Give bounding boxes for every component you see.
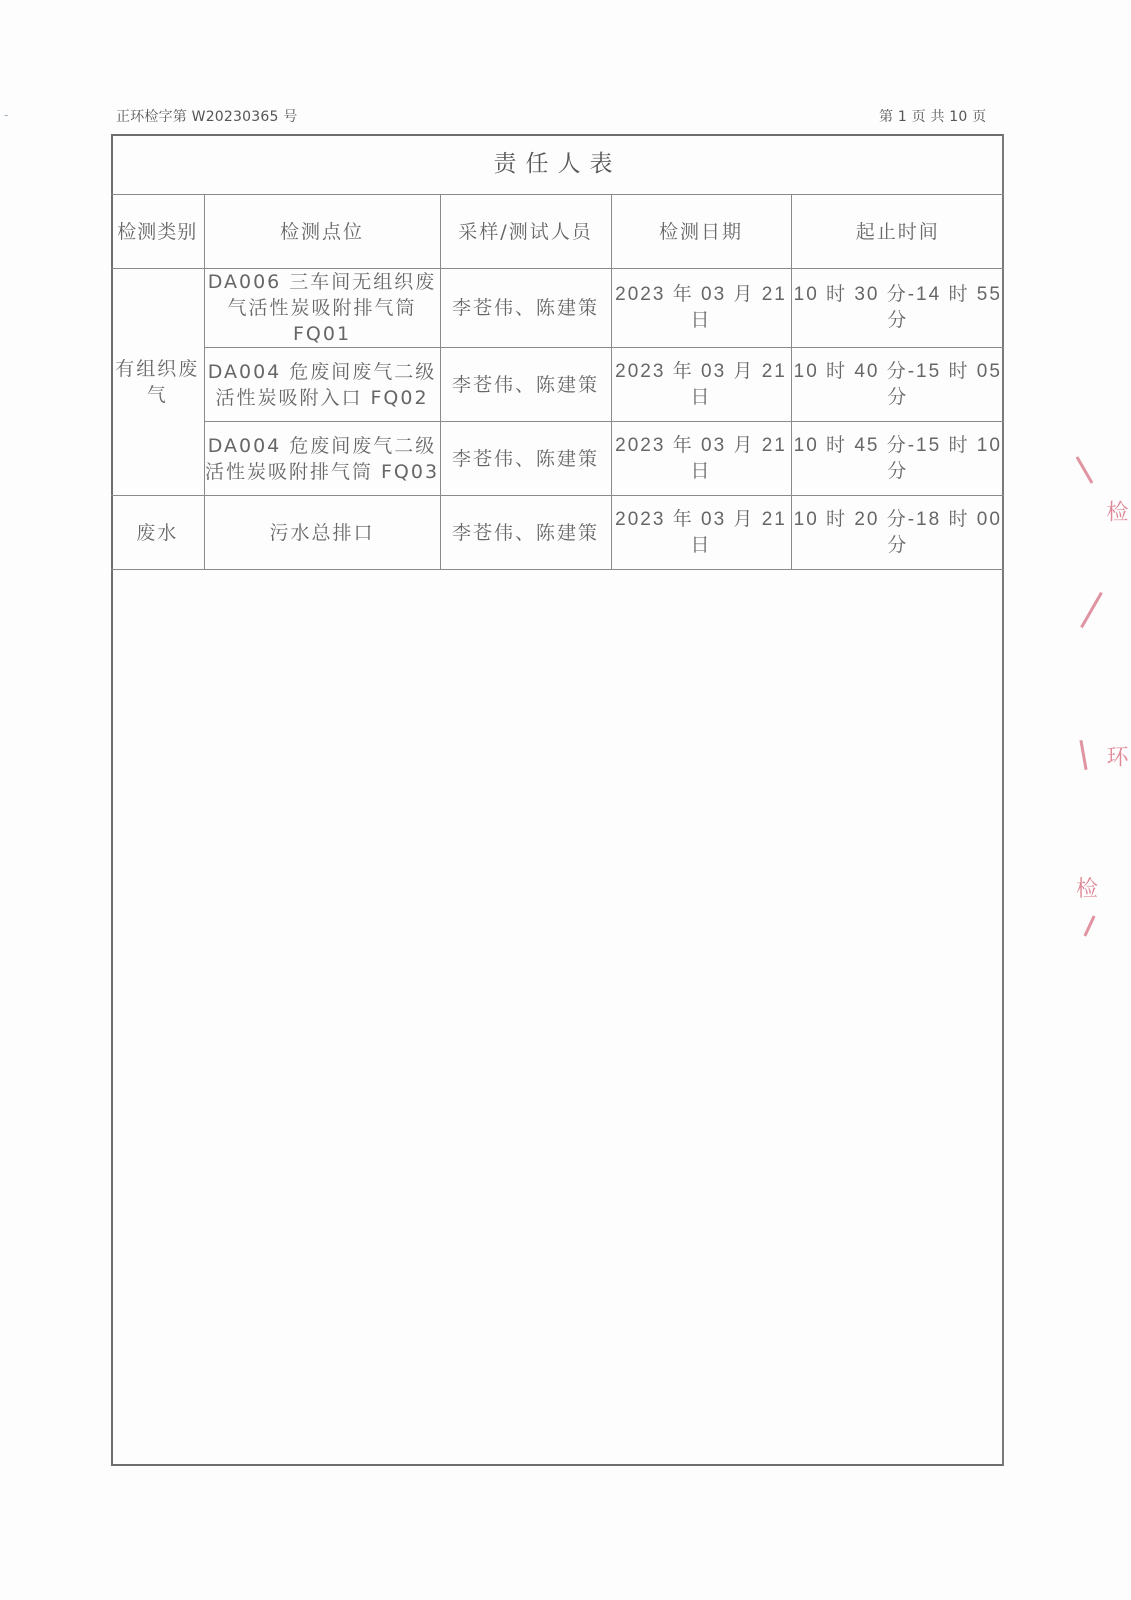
- seal-fragment: 检: [1092, 500, 1131, 522]
- column-header-staff: 采样/测试人员: [440, 195, 611, 269]
- table-title: 责任人表: [111, 134, 1004, 195]
- location-line: 活性炭吸附排气筒 FQ03: [205, 459, 440, 485]
- staff-cell: 李苍伟、陈建策: [440, 496, 611, 570]
- table-row: DA004 危废间废气二级 活性炭吸附入口 FQ02 李苍伟、陈建策 2023 …: [111, 348, 1004, 422]
- location-line: DA004 危废间废气二级: [205, 433, 440, 459]
- page-indicator: 第 1 页 共 10 页: [879, 106, 986, 126]
- scan-mark: -: [4, 108, 8, 122]
- column-header-location: 检测点位: [204, 195, 440, 269]
- location-line: 活性炭吸附入口 FQ02: [205, 385, 440, 411]
- time-cell: 10 时 40 分-15 时 05 分: [791, 348, 1004, 422]
- location-cell: DA006 三车间无组织废 气活性炭吸附排气筒 FQ01: [204, 269, 440, 348]
- date-cell: 2023 年 03 月 21 日: [611, 496, 791, 570]
- staff-cell: 李苍伟、陈建策: [440, 348, 611, 422]
- category-cell: 有组织废气: [111, 269, 204, 496]
- column-header-date: 检测日期: [611, 195, 791, 269]
- table-row: DA004 危废间废气二级 活性炭吸附排气筒 FQ03 李苍伟、陈建策 2023…: [111, 422, 1004, 496]
- report-number: 正环检字第 W20230365 号: [116, 106, 297, 126]
- staff-cell: 李苍伟、陈建策: [440, 422, 611, 496]
- date-cell: 2023 年 03 月 21 日: [611, 422, 791, 496]
- header-row: 检测类别 检测点位 采样/测试人员 检测日期 起止时间: [111, 195, 1004, 269]
- location-line: 污水总排口: [205, 520, 440, 546]
- location-cell: DA004 危废间废气二级 活性炭吸附入口 FQ02: [204, 348, 440, 422]
- category-cell: 废水: [111, 496, 204, 570]
- location-cell: DA004 危废间废气二级 活性炭吸附排气筒 FQ03: [204, 422, 440, 496]
- staff-cell: 李苍伟、陈建策: [440, 269, 611, 348]
- seal-fragment: 检: [1076, 872, 1131, 903]
- location-line: 气活性炭吸附排气筒: [205, 295, 440, 321]
- location-line: FQ01: [205, 321, 440, 347]
- time-cell: 10 时 45 分-15 时 10 分: [791, 422, 1004, 496]
- seal-fragment: 环: [1092, 745, 1131, 767]
- table-row: 废水 污水总排口 李苍伟、陈建策 2023 年 03 月 21 日 10 时 2…: [111, 496, 1004, 570]
- seal-stroke: [1076, 456, 1094, 483]
- time-cell: 10 时 20 分-18 时 00 分: [791, 496, 1004, 570]
- seal-stroke: [1083, 915, 1095, 936]
- seal-stroke: [1080, 592, 1103, 628]
- table-row: 有组织废气 DA006 三车间无组织废 气活性炭吸附排气筒 FQ01 李苍伟、陈…: [111, 269, 1004, 348]
- location-line: DA006 三车间无组织废: [205, 269, 440, 295]
- date-cell: 2023 年 03 月 21 日: [611, 269, 791, 348]
- time-cell: 10 时 30 分-14 时 55 分: [791, 269, 1004, 348]
- column-header-time: 起止时间: [791, 195, 1004, 269]
- responsibility-table: 责任人表 检测类别 检测点位 采样/测试人员 检测日期 起止时间 有组织废气 D…: [111, 134, 1004, 570]
- location-line: DA004 危废间废气二级: [205, 359, 440, 385]
- location-cell: 污水总排口: [204, 496, 440, 570]
- seal-stroke: [1079, 740, 1087, 770]
- column-header-category: 检测类别: [111, 195, 204, 269]
- date-cell: 2023 年 03 月 21 日: [611, 348, 791, 422]
